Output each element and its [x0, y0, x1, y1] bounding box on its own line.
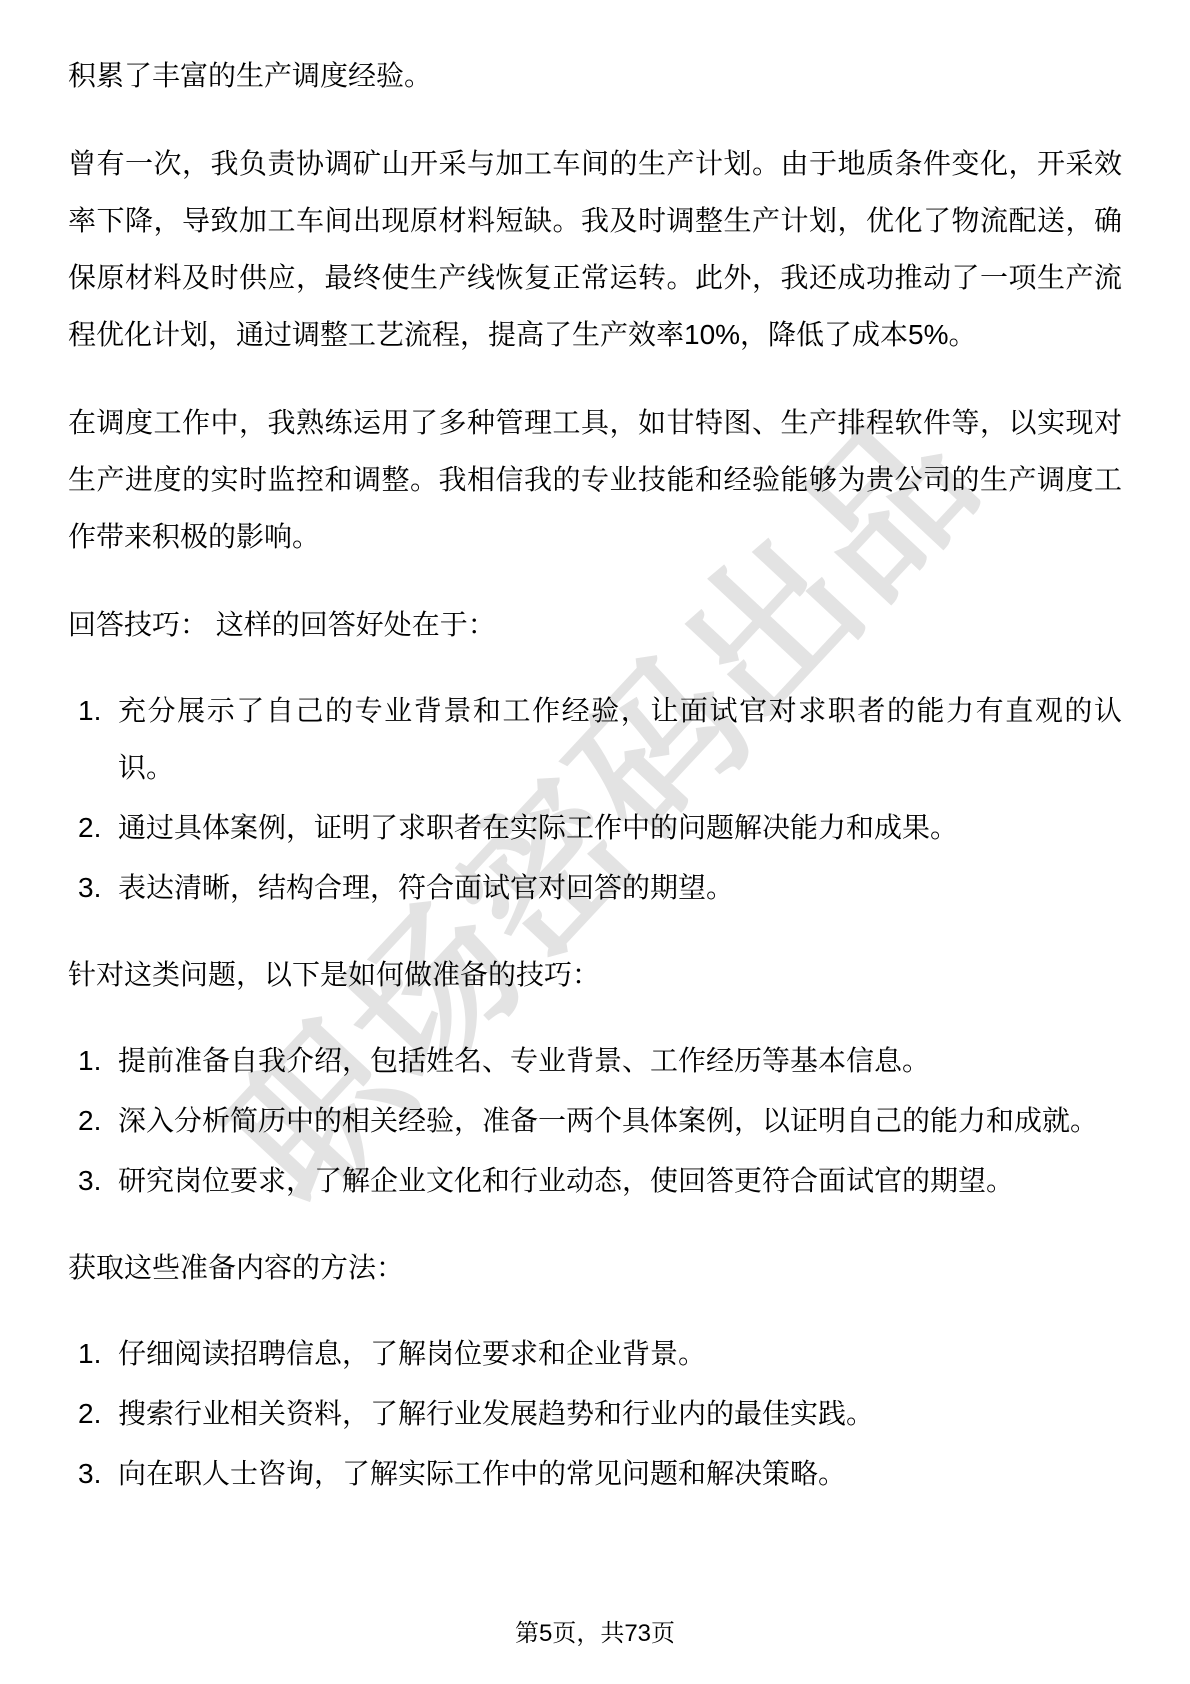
list-item-text: 表达清晰，结构合理，符合面试官对回答的期望。: [118, 859, 1122, 916]
list-item: 2. 搜索行业相关资料，了解行业发展趋势和行业内的最佳实践。: [68, 1385, 1122, 1442]
list-item-text: 研究岗位要求，了解企业文化和行业动态，使回答更符合面试官的期望。: [118, 1152, 1122, 1209]
list-item: 3. 研究岗位要求，了解企业文化和行业动态，使回答更符合面试官的期望。: [68, 1152, 1122, 1209]
list-item: 3. 向在职人士咨询，了解实际工作中的常见问题和解决策略。: [68, 1445, 1122, 1502]
paragraph-case-example: 曾有一次，我负责协调矿山开采与加工车间的生产计划。由于地质条件变化，开采效率下降…: [68, 135, 1122, 363]
list-item-number: 2.: [68, 1092, 118, 1149]
benefits-list: 1. 充分展示了自己的专业背景和工作经验，让面试官对求职者的能力有直观的认识。 …: [68, 682, 1122, 916]
prep-tips-heading: 针对这类问题，以下是如何做准备的技巧：: [68, 946, 1122, 1003]
list-item: 2. 深入分析简历中的相关经验，准备一两个具体案例，以证明自己的能力和成就。: [68, 1092, 1122, 1149]
list-item: 1. 提前准备自我介绍，包括姓名、专业背景、工作经历等基本信息。: [68, 1032, 1122, 1089]
document-content: 积累了丰富的生产调度经验。 曾有一次，我负责协调矿山开采与加工车间的生产计划。由…: [68, 47, 1122, 1532]
paragraph-tools: 在调度工作中，我熟练运用了多种管理工具，如甘特图、生产排程软件等，以实现对生产进…: [68, 394, 1122, 565]
list-item-number: 2.: [68, 1385, 118, 1442]
answer-tips-heading: 回答技巧： 这样的回答好处在于：: [68, 596, 1122, 653]
document-page: 职场密码出品 积累了丰富的生产调度经验。 曾有一次，我负责协调矿山开采与加工车间…: [0, 0, 1190, 1684]
list-item-text: 仔细阅读招聘信息，了解岗位要求和企业背景。: [118, 1325, 1122, 1382]
list-item-number: 3.: [68, 859, 118, 916]
list-item-number: 2.: [68, 799, 118, 856]
list-item-number: 1.: [68, 1325, 118, 1382]
list-item-text: 通过具体案例，证明了求职者在实际工作中的问题解决能力和成果。: [118, 799, 1122, 856]
list-item: 3. 表达清晰，结构合理，符合面试官对回答的期望。: [68, 859, 1122, 916]
list-item: 2. 通过具体案例，证明了求职者在实际工作中的问题解决能力和成果。: [68, 799, 1122, 856]
list-item-text: 深入分析简历中的相关经验，准备一两个具体案例，以证明自己的能力和成就。: [118, 1092, 1122, 1149]
methods-list: 1. 仔细阅读招聘信息，了解岗位要求和企业背景。 2. 搜索行业相关资料，了解行…: [68, 1325, 1122, 1502]
prep-tips-list: 1. 提前准备自我介绍，包括姓名、专业背景、工作经历等基本信息。 2. 深入分析…: [68, 1032, 1122, 1209]
list-item-text: 向在职人士咨询，了解实际工作中的常见问题和解决策略。: [118, 1445, 1122, 1502]
list-item: 1. 充分展示了自己的专业背景和工作经验，让面试官对求职者的能力有直观的认识。: [68, 682, 1122, 796]
list-item-number: 3.: [68, 1152, 118, 1209]
list-item-text: 提前准备自我介绍，包括姓名、专业背景、工作经历等基本信息。: [118, 1032, 1122, 1089]
list-item-number: 1.: [68, 1032, 118, 1089]
list-item-text: 充分展示了自己的专业背景和工作经验，让面试官对求职者的能力有直观的认识。: [118, 682, 1122, 796]
methods-heading: 获取这些准备内容的方法：: [68, 1239, 1122, 1296]
paragraph-experience-summary: 积累了丰富的生产调度经验。: [68, 47, 1122, 104]
page-number: 第5页，共73页: [515, 1620, 675, 1647]
page-footer: 第5页，共73页: [0, 1616, 1190, 1652]
list-item-text: 搜索行业相关资料，了解行业发展趋势和行业内的最佳实践。: [118, 1385, 1122, 1442]
list-item-number: 3.: [68, 1445, 118, 1502]
list-item: 1. 仔细阅读招聘信息，了解岗位要求和企业背景。: [68, 1325, 1122, 1382]
list-item-number: 1.: [68, 682, 118, 796]
